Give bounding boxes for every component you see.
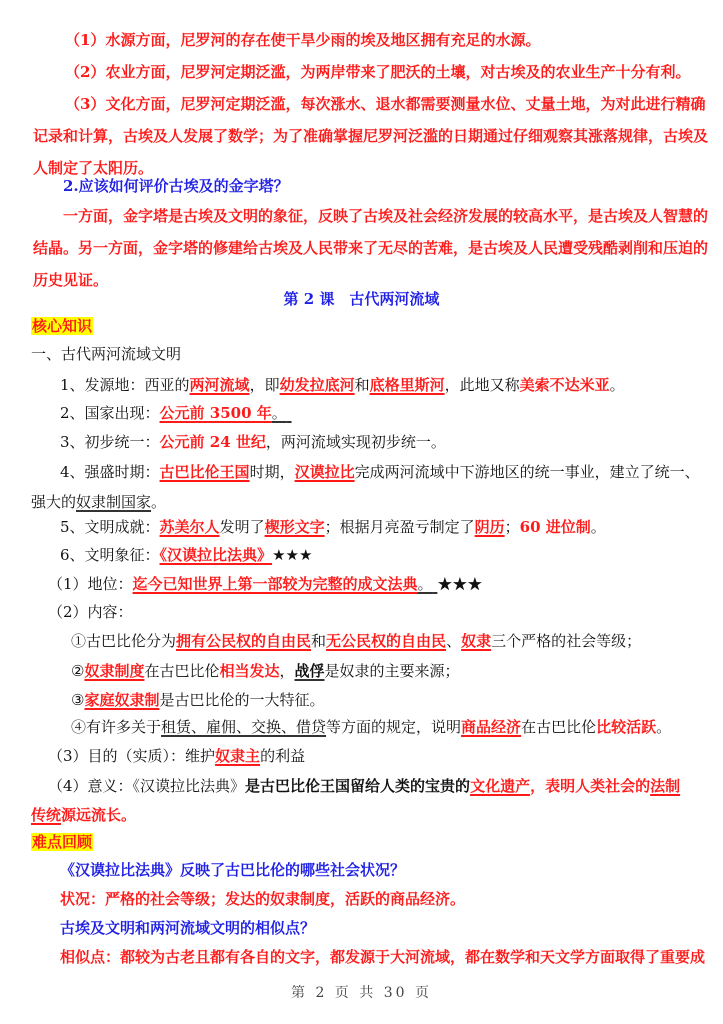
content-social-classes: ①古巴比伦分为拥有公民权的自由民和无公民权的自由民、奴隶三个严格的社会等级； [71,631,641,651]
difficulty-review-badge: 难点回顾 [31,833,93,851]
key-term: 奴隶主 [215,747,260,765]
text: 是古巴比伦王国留给人类的宝贵的 [245,777,470,795]
key-term: 迄今已知世界上第一部较为完整的成文法典 [133,575,418,593]
reason-3-line3: 人制定了太阳历。 [33,158,153,178]
item-label: 6、文明象征： [60,546,160,564]
text: ①古巴比伦分为 [71,632,176,650]
core-knowledge-badge: 核心知识 [31,317,93,335]
key-term: 相当发达 [219,662,279,680]
item-label: （3）目的（实质）：维护 [48,747,215,765]
answer-2-line2: 结晶。另一方面，金字塔的修建给古埃及人民带来了无尽的苦难，是古埃及人民遭受残酷剥… [33,238,708,258]
key-term: 奴隶制国家 [76,493,151,511]
text: ② [71,662,84,680]
key-term: 家庭奴隶制 [84,691,159,709]
text: 发明了 [220,518,265,536]
review-answer-2: 相似点：都较为古老且都有各自的文字，都发源于大河流域，都在数学和天文学方面取得了… [60,947,705,967]
code-significance: （4）意义：《汉谟拉比法典》是古巴比伦王国留给人类的宝贵的文化遗产，表明人类社会… [48,776,680,796]
text: ，两河流域实现初步统一。 [266,433,446,451]
text: 。 [418,575,433,593]
key-term: 幼发拉底河 [280,376,355,394]
text: 。 [656,718,671,736]
text: 源远流长。 [61,806,136,824]
code-significance-line2: 传统源远流长。 [31,805,136,825]
item-symbol: 6、文明象征：《汉谟拉比法典》★★★ [60,545,312,565]
key-term: 无公民权的自由民 [326,632,446,650]
text: 。 [151,493,166,511]
star-rating-icon: ★★★ [437,575,482,593]
text: 。 [272,404,287,422]
reason-number: （2） [65,63,105,81]
key-term: 传统 [31,806,61,824]
key-term: 法制 [650,777,680,795]
text: 在古巴比伦 [144,662,219,680]
text: 是奴隶的主要来源； [325,662,460,680]
review-question-1: 《汉谟拉比法典》反映了古巴比伦的哪些社会状况？ [60,860,405,880]
item-label: 4、强盛时期： [60,463,160,481]
key-term: 汉谟拉比 [295,463,355,481]
page-indicator: 第 2 页 共 30 页 [0,983,723,1003]
review-answer-1: 状况：严格的社会等级；发达的奴隶制度，活跃的商品经济。 [60,889,465,909]
code-content-label: （2）内容： [48,602,133,622]
reason-3-line2: 记录和计算，古埃及人发展了数学；为了准确掌握尼罗河泛滥的日期通过仔细观察其涨落规… [33,126,708,146]
key-term: 奴隶 [461,632,491,650]
item-label: （4）意义：《汉谟拉比法典》 [48,777,245,795]
text: 。 [610,376,625,394]
item-label: （1）地位： [48,575,133,593]
reason-1: （1）水源方面，尼罗河的存在使干旱少雨的埃及地区拥有充足的水源。 [65,30,540,50]
key-term: 楔形文字 [265,518,325,536]
item-unification: 3、初步统一：公元前 24 世纪，两河流域实现初步统一。 [60,432,446,452]
item-state-emergence: 2、国家出现：公元前 3500 年。 [60,403,292,423]
key-term: 60 进位制 [520,518,591,536]
key-term: 拥有公民权的自由民 [176,632,311,650]
item-prosperity-line2: 强大的奴隶制国家。 [31,492,166,512]
item-label: 3、初步统一： [60,433,160,451]
text: ，即 [250,376,280,394]
key-term: 公元前 3500 年 [160,404,272,422]
text: ③ [71,691,84,709]
reason-3-line1: （3）文化方面，尼罗河定期泛滥，每次涨水、退水都需要测量水位、丈量土地，为对此进… [65,94,705,114]
document-page: （1）水源方面，尼罗河的存在使干旱少雨的埃及地区拥有充足的水源。 （2）农业方面… [0,0,723,1024]
reason-number: （1） [65,31,105,49]
content-domestic-slavery: ③家庭奴隶制是古巴比伦的一大特征。 [71,690,324,710]
section-1-title: 一、古代两河流域文明 [31,344,181,364]
key-term: 古巴比伦王国 [160,463,250,481]
item-label: 5、文明成就： [60,518,160,536]
key-term: 两河流域 [190,376,250,394]
text: 强大的 [31,493,76,511]
key-term: 苏美尔人 [160,518,220,536]
text: 在古巴比伦 [521,718,596,736]
text: 。 [591,518,606,536]
key-term: 商品经济 [461,718,521,736]
underline-tail [287,404,292,422]
difficulty-review-label: 难点回顾 [31,832,93,852]
answer-2-line1: 一方面，金字塔是古埃及文明的象征，反映了古埃及社会经济发展的较高水平，是古埃及人… [63,206,708,226]
content-commerce: ④有许多关于租赁、雇佣、交换、借贷等方面的规定，说明商品经济在古巴比伦比较活跃。 [71,717,671,737]
reason-text: 文化方面，尼罗河定期泛滥，每次涨水、退水都需要测量水位、丈量土地，为对此进行精确 [105,95,705,113]
item-label: 2、国家出现： [60,404,160,422]
key-term: 奴隶制度 [84,662,144,680]
key-term: 租赁、雇佣、交换、借贷 [161,718,326,736]
answer-2-line3: 历史见证。 [33,270,108,290]
text: ，表明人类社会的 [530,777,650,795]
reason-text: 农业方面，尼罗河定期泛滥，为两岸带来了肥沃的土壤，对古埃及的农业生产十分有利。 [105,63,690,81]
item-origin: 1、发源地：西亚的两河流域，即幼发拉底河和底格里斯河，此地又称美索不达米亚。 [60,375,625,395]
core-knowledge-label: 核心知识 [31,316,93,336]
text: ，此地又称 [445,376,520,394]
key-term: 公元前 24 世纪 [160,433,266,451]
text: 是古巴比伦的一大特征。 [159,691,324,709]
key-term: 底格里斯河 [370,376,445,394]
code-status: （1）地位：迄今已知世界上第一部较为完整的成文法典。 ★★★ [48,574,482,594]
key-term: 阴历 [475,518,505,536]
text: ；根据月亮盈亏制定了 [325,518,475,536]
question-2: 2.应该如何评价古埃及的金字塔？ [63,176,289,196]
text: 和 [311,632,326,650]
reason-2: （2）农业方面，尼罗河定期泛滥，为两岸带来了肥沃的土壤，对古埃及的农业生产十分有… [65,62,690,82]
code-purpose: （3）目的（实质）：维护奴隶主的利益 [48,746,305,766]
key-term: 《汉谟拉比法典》 [160,546,273,564]
text: 等方面的规定，说明 [326,718,461,736]
content-slavery: ②奴隶制度在古巴比伦相当发达，战俘是奴隶的主要来源； [71,661,460,681]
review-question-2: 古埃及文明和两河流域文明的相似点？ [60,918,315,938]
text: 完成两河流域中下游地区的统一事业，建立了统一、 [355,463,700,481]
reason-text: 水源方面，尼罗河的存在使干旱少雨的埃及地区拥有充足的水源。 [105,31,540,49]
text: 、 [446,632,461,650]
text: 和 [355,376,370,394]
item-achievements: 5、文明成就：苏美尔人发明了楔形文字；根据月亮盈亏制定了阴历；60 进位制。 [60,517,606,537]
text: 三个严格的社会等级； [491,632,641,650]
key-term: 文化遗产 [470,777,530,795]
text: 时期， [250,463,295,481]
text: 的利益 [260,747,305,765]
star-rating-icon: ★★★ [272,546,312,564]
reason-number: （3） [65,95,105,113]
key-term: 美索不达米亚 [520,376,610,394]
key-term: 比较活跃 [596,718,656,736]
lesson-title: 第 2 课 古代两河流域 [0,289,723,309]
text: ； [505,518,520,536]
item-prosperity: 4、强盛时期：古巴比伦王国时期，汉谟拉比完成两河流域中下游地区的统一事业，建立了… [60,462,700,482]
text: ， [280,662,295,680]
text: ④有许多关于 [71,718,161,736]
item-label: 1、发源地：西亚的 [60,376,190,394]
key-term: 战俘 [295,662,325,680]
